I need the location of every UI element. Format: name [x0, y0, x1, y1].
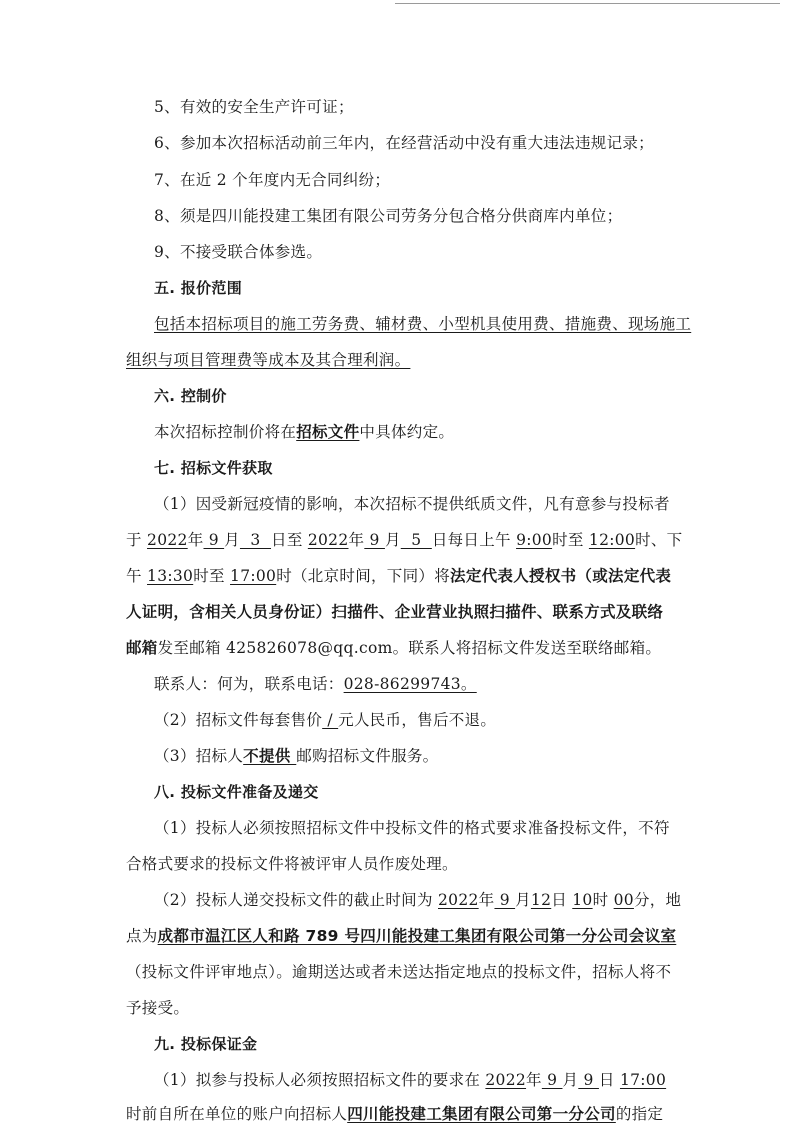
deposit-year: 2022	[485, 1071, 526, 1089]
section-6-text: 本次招标控制价将在招标文件中具体约定。	[154, 422, 454, 442]
section-5-line-1: 包括本招标项目的施工劳务费、辅材费、小型机具使用费、措施费、现场施工	[154, 314, 691, 334]
document-price: /	[322, 711, 338, 729]
not-provided: 不提供	[243, 747, 296, 765]
text: （3）招标人	[154, 747, 243, 765]
end-month: 9	[364, 531, 385, 549]
pm-start-time: 13:30	[147, 567, 193, 585]
section-5-heading: 五. 报价范围	[154, 278, 242, 298]
recipient-company: 四川能投建工集团有限公司第一分公司	[347, 1105, 616, 1123]
text: 月	[385, 531, 401, 549]
text: 的指定	[616, 1105, 663, 1123]
text: 邮箱	[126, 639, 158, 657]
deposit-month: 9	[542, 1071, 563, 1089]
section-7-heading: 七. 招标文件获取	[154, 458, 273, 478]
start-year: 2022	[147, 531, 188, 549]
section-6-heading: 六. 控制价	[154, 386, 227, 406]
contact-label: 联系人：何为，联系电话：	[154, 675, 344, 693]
text: 时、下	[635, 531, 682, 549]
section-8-heading: 八. 投标文件准备及递交	[154, 782, 319, 802]
text: 年	[479, 891, 495, 909]
deadline-year: 2022	[438, 891, 479, 909]
section-6-text-post: 中具体约定。	[359, 423, 454, 441]
section-7-p1-line-2: 于 2022年 9 月 3 日至 2022年 9 月 5 日每日上午 9:00时…	[126, 530, 682, 550]
text: 年	[188, 531, 204, 549]
text: 年	[526, 1071, 542, 1089]
section-9-p1-line-1: （1）拟参与投标人必须按照招标文件的要求在 2022年 9 月 9 日 17:0…	[154, 1070, 666, 1090]
text: 于	[126, 531, 147, 549]
text: （2）投标人递交投标文件的截止时间为	[154, 891, 438, 909]
text: 时至	[552, 531, 589, 549]
text: 时前自所在单位的账户向招标人	[126, 1105, 347, 1123]
email-text: 发至邮箱 425826078@qq.com。联系人将招标文件发送至联络邮箱。	[158, 639, 662, 657]
text: 年	[349, 531, 365, 549]
start-day: 3	[240, 531, 271, 549]
text: 月	[515, 891, 531, 909]
deposit-day: 9	[578, 1071, 599, 1089]
requirement-item-8: 8、须是四川能投建工集团有限公司劳务分包合格分供商库内单位；	[154, 206, 622, 226]
am-end-time: 12:00	[589, 531, 635, 549]
text: 日	[551, 891, 572, 909]
section-8-p2-line-4: 予接受。	[126, 998, 189, 1018]
text: 时（北京时间，下同）将	[276, 567, 450, 585]
deadline-hour: 10	[572, 891, 592, 909]
requirement-item-6: 6、参加本次招标活动前三年内，在经营活动中没有重大违法违规记录；	[154, 133, 654, 153]
section-7-p3: （3）招标人不提供 邮购招标文件服务。	[154, 746, 438, 766]
end-day: 5	[401, 531, 432, 549]
contact-phone: 028-86299743。	[344, 675, 477, 693]
section-7-p1-line-4: 人证明，含相关人员身份证）扫描件、企业营业执照扫描件、联系方式及联络	[126, 602, 663, 622]
section-7-p1-line-5: 邮箱发至邮箱 425826078@qq.com。联系人将招标文件发送至联络邮箱。	[126, 638, 661, 658]
text: 邮购招标文件服务。	[296, 747, 438, 765]
text: 月	[224, 531, 240, 549]
text: （2）招标文件每套售价	[154, 711, 322, 729]
deposit-time: 17:00	[620, 1071, 666, 1089]
section-8-p1-line-2: 合格式要求的投标文件将被评审人员作废处理。	[126, 854, 458, 874]
section-8-p2-line-3: （投标文件评审地点）。逾期送达或者未送达指定地点的投标文件，招标人将不	[126, 962, 671, 982]
deadline-month: 9	[494, 891, 515, 909]
text: 日至	[271, 531, 308, 549]
text: 时至	[193, 567, 230, 585]
deadline-day: 12	[531, 891, 551, 909]
pm-end-time: 17:00	[230, 567, 276, 585]
section-9-p1-line-2: 时前自所在单位的账户向招标人四川能投建工集团有限公司第一分公司的指定	[126, 1104, 663, 1123]
requirement-item-7: 7、在近 2 个年度内无合同纠纷；	[154, 170, 390, 190]
requirement-item-9: 9、不接受联合体参选。	[154, 242, 322, 262]
section-6-text-pre: 本次招标控制价将在	[154, 423, 296, 441]
section-7-p2: （2）招标文件每套售价 / 元人民币，售后不退。	[154, 710, 496, 730]
contact-line: 联系人：何为，联系电话：028-86299743。	[154, 674, 477, 694]
end-year: 2022	[308, 531, 349, 549]
text: 日	[599, 1071, 620, 1089]
text: 分，地	[634, 891, 681, 909]
text: （1）拟参与投标人必须按照招标文件的要求在	[154, 1071, 485, 1089]
section-7-p1-line-1: （1）因受新冠疫情的影响，本次招标不提供纸质文件，凡有意参与投标者	[154, 494, 670, 514]
submission-location: 成都市温江区人和路 789 号四川能投建工集团有限公司第一分公司会议室	[158, 927, 677, 945]
text: 时	[593, 891, 614, 909]
section-7-p1-line-3: 午 13:30时至 17:00时（北京时间，下同）将法定代表人授权书（或法定代表	[126, 566, 671, 586]
text: 午	[126, 567, 147, 585]
section-8-p1-line-1: （1）投标人必须按照招标文件中投标文件的格式要求准备投标文件，不符	[154, 818, 670, 838]
top-scan-rule	[395, 3, 780, 4]
section-9-heading: 九. 投标保证金	[154, 1034, 257, 1054]
text: 月	[562, 1071, 578, 1089]
am-start-time: 9:00	[516, 531, 552, 549]
text: 点为	[126, 927, 158, 945]
section-8-p2-line-2: 点为成都市温江区人和路 789 号四川能投建工集团有限公司第一分公司会议室	[126, 926, 676, 946]
requirement-item-5: 5、有效的安全生产许可证；	[154, 97, 354, 117]
text: 元人民币，售后不退。	[338, 711, 496, 729]
section-5-line-2: 组织与项目管理费等成本及其合理利润。	[126, 350, 410, 370]
required-docs-bold: 法定代表人授权书（或法定代表	[450, 567, 671, 585]
section-8-p2-line-1: （2）投标人递交投标文件的截止时间为 2022年 9 月12日 10时 00分，…	[154, 890, 681, 910]
start-month: 9	[204, 531, 225, 549]
tender-document-ref: 招标文件	[296, 423, 359, 441]
deadline-minute: 00	[614, 891, 634, 909]
text: 日每日上午	[432, 531, 516, 549]
